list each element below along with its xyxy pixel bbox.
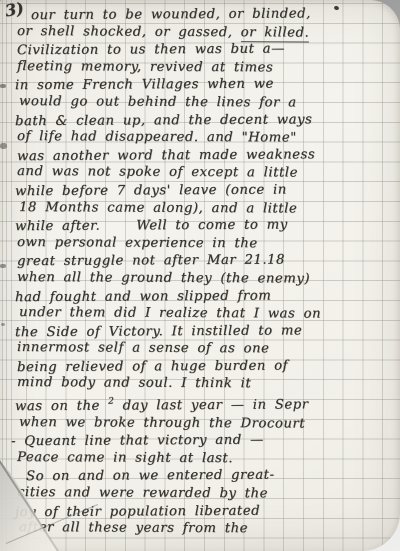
text-segment: great struggle not after Mar 21.18	[17, 253, 285, 270]
handwritten-line: great struggle not after Mar 21.18	[17, 251, 396, 271]
handwritten-line: cities and were rewarded by the	[17, 484, 398, 504]
manuscript-page: 3) our turn to be wounded, or blinded,or…	[0, 0, 400, 551]
handwritten-line: in some French Villages when we	[15, 75, 396, 95]
text-segment: in some French Villages when we	[15, 77, 274, 94]
text-segment: own personal experience in the	[17, 235, 258, 251]
handwritten-line: would go out behind the lines for a	[19, 93, 398, 113]
text-segment: or shell shocked, or gassed,	[17, 24, 241, 40]
text-segment: when we broke through the Drocourt	[19, 415, 305, 431]
handwritten-line: after all these years from the	[19, 519, 398, 539]
handwritten-line: while after.Well to come to my	[15, 216, 396, 236]
handwritten-line: under them did I realize that I was on	[19, 304, 398, 324]
text-segment: of life had disappeared. and "Home"	[17, 129, 297, 145]
handwritten-line: innermost self a sense of as one	[17, 339, 398, 359]
text-segment: Peace came in sight at last.	[17, 450, 233, 466]
handwritten-line: of life had disappeared. and "Home"	[17, 128, 398, 148]
text-segment: and was not spoke of except a little	[17, 164, 298, 180]
text-segment: 18 Months came along), and a little	[19, 200, 297, 216]
handwritten-line: mind body and soul. I think it	[17, 374, 398, 394]
text-segment: while after.	[15, 219, 100, 235]
text-segment: while before 7 days' leave (once in	[15, 182, 287, 199]
text-segment: innermost self a sense of as one	[17, 340, 270, 356]
edge-smudge	[0, 264, 6, 268]
text-segment: joy of their population liberated	[15, 503, 260, 519]
handwritten-line: our turn to be wounded, or blinded,	[31, 5, 396, 25]
text-segment: had fought and won slipped from	[15, 288, 271, 305]
edge-smudge	[0, 143, 7, 149]
text-segment: - Queant line that victory and —	[11, 433, 264, 450]
text-segment: our turn to be wounded, or blinded,	[31, 6, 311, 23]
handwritten-line: while before 7 days' leave (once in	[15, 181, 396, 201]
edge-smudge	[1, 323, 5, 326]
text-segment: the Side of Victory. It instilled to me	[15, 323, 302, 340]
text-segment: being relieved of a huge burden of	[17, 358, 288, 375]
handwritten-line: was on the 2 day last year — in Sepr	[15, 392, 396, 416]
handwritten-line: - Queant line that victory and —	[11, 431, 396, 451]
handwritten-line: So on and on we entered great-	[26, 466, 396, 486]
text-segment: cities and were rewarded by the	[17, 485, 268, 501]
text-segment: when all the ground they (the enemy)	[17, 270, 310, 287]
text-segment: mind body and soul. I think it	[17, 375, 251, 391]
text-segment: day last year — in Sepr	[114, 397, 308, 413]
text-segment: fleeting memory, revived at times	[17, 59, 273, 75]
handwritten-line: and was not spoke of except a little	[17, 163, 398, 183]
text-segment: was on the	[15, 399, 108, 415]
scan-background: 3) our turn to be wounded, or blinded,or…	[0, 0, 400, 551]
edge-smudge	[0, 84, 6, 88]
handwritten-line: when all the ground they (the enemy)	[17, 269, 398, 289]
text-segment: would go out behind the lines for a	[19, 94, 297, 110]
underlined-text: or killed.	[241, 25, 310, 42]
text-segment: So on and on we entered great-	[26, 468, 275, 485]
handwritten-line: Civilization to us then was but a—	[17, 40, 396, 60]
text-segment: was another word that made weakness	[17, 147, 315, 164]
text-segment: bath & clean up, and the decent ways	[15, 112, 312, 129]
handwritten-text: our turn to be wounded, or blinded,or sh…	[0, 0, 400, 538]
text-segment: under them did I realize that I was on	[19, 305, 321, 322]
handwritten-line: had fought and won slipped from	[15, 286, 396, 306]
text-segment: Civilization to us then was but a—	[17, 42, 285, 59]
text-segment: Well to come to my	[136, 218, 288, 234]
